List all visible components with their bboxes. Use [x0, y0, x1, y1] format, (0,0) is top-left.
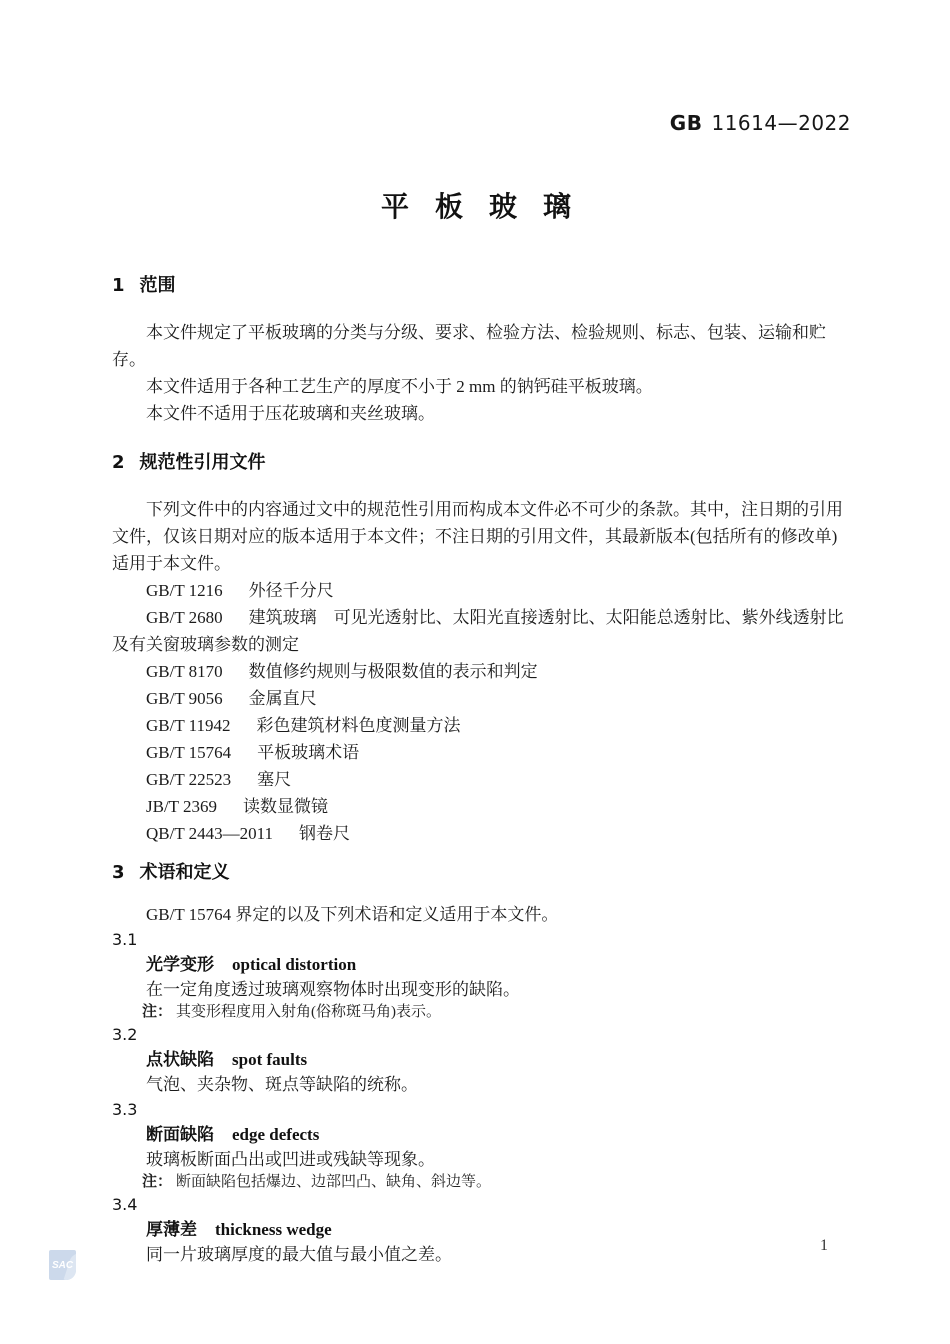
term-name-en: spot faults: [232, 1050, 307, 1069]
section-2-title: 规范性引用文件: [140, 452, 266, 472]
term-note: 注：其变形程度用入射角(俗称斑马角)表示。: [112, 1002, 852, 1022]
references-intro: 下列文件中的内容通过文中的规范性引用而构成本文件必不可少的条款。其中，注日期的引…: [112, 496, 852, 577]
term-name-zh: 厚薄差: [146, 1220, 197, 1239]
reference-title: 读数显微镜: [243, 797, 328, 816]
document-content: 平板玻璃 1范围 本文件规定了平板玻璃的分类与分级、要求、检验方法、检验规则、标…: [112, 0, 852, 1267]
term-name-line: 点状缺陷spot faults: [112, 1047, 852, 1072]
term-definition: 玻璃板断面凸出或凹进或残缺等现象。: [112, 1147, 852, 1172]
reference-item: GB/T 8170数值修约规则与极限数值的表示和判定: [112, 658, 852, 685]
reference-item: GB/T 11942彩色建筑材料色度测量方法: [112, 712, 852, 739]
note-label: 注：: [142, 1173, 172, 1190]
reference-code: GB/T 15764: [146, 743, 231, 762]
scope-paragraph: 本文件不适用于压花玻璃和夹丝玻璃。: [112, 400, 852, 427]
reference-title: 平板玻璃术语: [257, 743, 359, 762]
reference-code: GB/T 8170: [146, 662, 223, 681]
reference-code: GB/T 11942: [146, 716, 231, 735]
term-definition: 气泡、夹杂物、斑点等缺陷的统称。: [112, 1072, 852, 1097]
section-2-heading: 2规范性引用文件: [112, 449, 852, 476]
term-number: 3.1: [112, 927, 852, 952]
term-name-line: 厚薄差thickness wedge: [112, 1217, 852, 1242]
reference-title: 彩色建筑材料色度测量方法: [257, 716, 461, 735]
reference-item: GB/T 2680建筑玻璃 可见光透射比、太阳光直接透射比、太阳能总透射比、紫外…: [112, 604, 852, 658]
term-note: 注：断面缺陷包括爆边、边部凹凸、缺角、斜边等。: [112, 1172, 852, 1192]
document-page: GB11614—2022 平板玻璃 1范围 本文件规定了平板玻璃的分类与分级、要…: [0, 0, 950, 1344]
term-name-en: thickness wedge: [215, 1220, 332, 1239]
reference-item: GB/T 22523塞尺: [112, 766, 852, 793]
reference-title: 塞尺: [257, 770, 291, 789]
reference-item: GB/T 15764平板玻璃术语: [112, 739, 852, 766]
sac-watermark-logo: SAC: [49, 1250, 76, 1280]
reference-item: GB/T 1216外径千分尺: [112, 577, 852, 604]
sac-logo-text: SAC: [52, 1260, 73, 1271]
reference-code: GB/T 1216: [146, 581, 223, 600]
reference-code: GB/T 22523: [146, 770, 231, 789]
reference-title: 数值修约规则与极限数值的表示和判定: [249, 662, 538, 681]
reference-code: JB/T 2369: [146, 797, 217, 816]
scope-paragraph: 本文件规定了平板玻璃的分类与分级、要求、检验方法、检验规则、标志、包装、运输和贮…: [112, 319, 852, 373]
section-3-heading: 3术语和定义: [112, 859, 852, 886]
term-definition: 同一片玻璃厚度的最大值与最小值之差。: [112, 1242, 852, 1267]
terms-intro: GB/T 15764 界定的以及下列术语和定义适用于本文件。: [112, 902, 852, 927]
section-1-title: 范围: [140, 275, 176, 295]
term-block-3-4: 3.4 厚薄差thickness wedge 同一片玻璃厚度的最大值与最小值之差…: [112, 1192, 852, 1267]
document-title: 平板玻璃: [112, 190, 852, 224]
section-scope: 1范围 本文件规定了平板玻璃的分类与分级、要求、检验方法、检验规则、标志、包装、…: [112, 272, 852, 427]
reference-item: QB/T 2443—2011钢卷尺: [112, 820, 852, 847]
term-definition: 在一定角度透过玻璃观察物体时出现变形的缺陷。: [112, 977, 852, 1002]
section-3-number: 3: [112, 860, 125, 886]
term-block-3-3: 3.3 断面缺陷edge defects 玻璃板断面凸出或凹进或残缺等现象。 注…: [112, 1097, 852, 1192]
reference-title: 外径千分尺: [249, 581, 334, 600]
term-name-zh: 点状缺陷: [146, 1050, 214, 1069]
reference-item: GB/T 9056金属直尺: [112, 685, 852, 712]
term-name-en: edge defects: [232, 1125, 319, 1144]
note-text: 其变形程度用入射角(俗称斑马角)表示。: [176, 1004, 441, 1020]
reference-title: 金属直尺: [249, 689, 317, 708]
term-name-zh: 光学变形: [146, 955, 214, 974]
term-name-line: 断面缺陷edge defects: [112, 1122, 852, 1147]
section-1-number: 1: [112, 273, 125, 299]
page-number: 1: [820, 1237, 828, 1255]
term-block-3-2: 3.2 点状缺陷spot faults 气泡、夹杂物、斑点等缺陷的统称。: [112, 1022, 852, 1097]
section-terms-definitions: 3术语和定义 GB/T 15764 界定的以及下列术语和定义适用于本文件。 3.…: [112, 859, 852, 1267]
reference-item: JB/T 2369读数显微镜: [112, 793, 852, 820]
section-1-heading: 1范围: [112, 272, 852, 299]
term-name-zh: 断面缺陷: [146, 1125, 214, 1144]
section-2-number: 2: [112, 450, 125, 476]
scope-paragraph: 本文件适用于各种工艺生产的厚度不小于 2 mm 的钠钙硅平板玻璃。: [112, 373, 852, 400]
note-text: 断面缺陷包括爆边、边部凹凸、缺角、斜边等。: [176, 1174, 491, 1190]
term-number: 3.4: [112, 1192, 852, 1217]
reference-code: GB/T 9056: [146, 689, 223, 708]
term-number: 3.2: [112, 1022, 852, 1047]
reference-code: QB/T 2443—2011: [146, 824, 273, 843]
reference-code: GB/T 2680: [146, 608, 223, 627]
note-label: 注：: [142, 1003, 172, 1020]
section-3-title: 术语和定义: [140, 862, 230, 882]
term-block-3-1: 3.1 光学变形optical distortion 在一定角度透过玻璃观察物体…: [112, 927, 852, 1022]
section-normative-references: 2规范性引用文件 下列文件中的内容通过文中的规范性引用而构成本文件必不可少的条款…: [112, 449, 852, 847]
term-name-line: 光学变形optical distortion: [112, 952, 852, 977]
term-number: 3.3: [112, 1097, 852, 1122]
term-name-en: optical distortion: [232, 955, 356, 974]
reference-title: 钢卷尺: [299, 824, 350, 843]
